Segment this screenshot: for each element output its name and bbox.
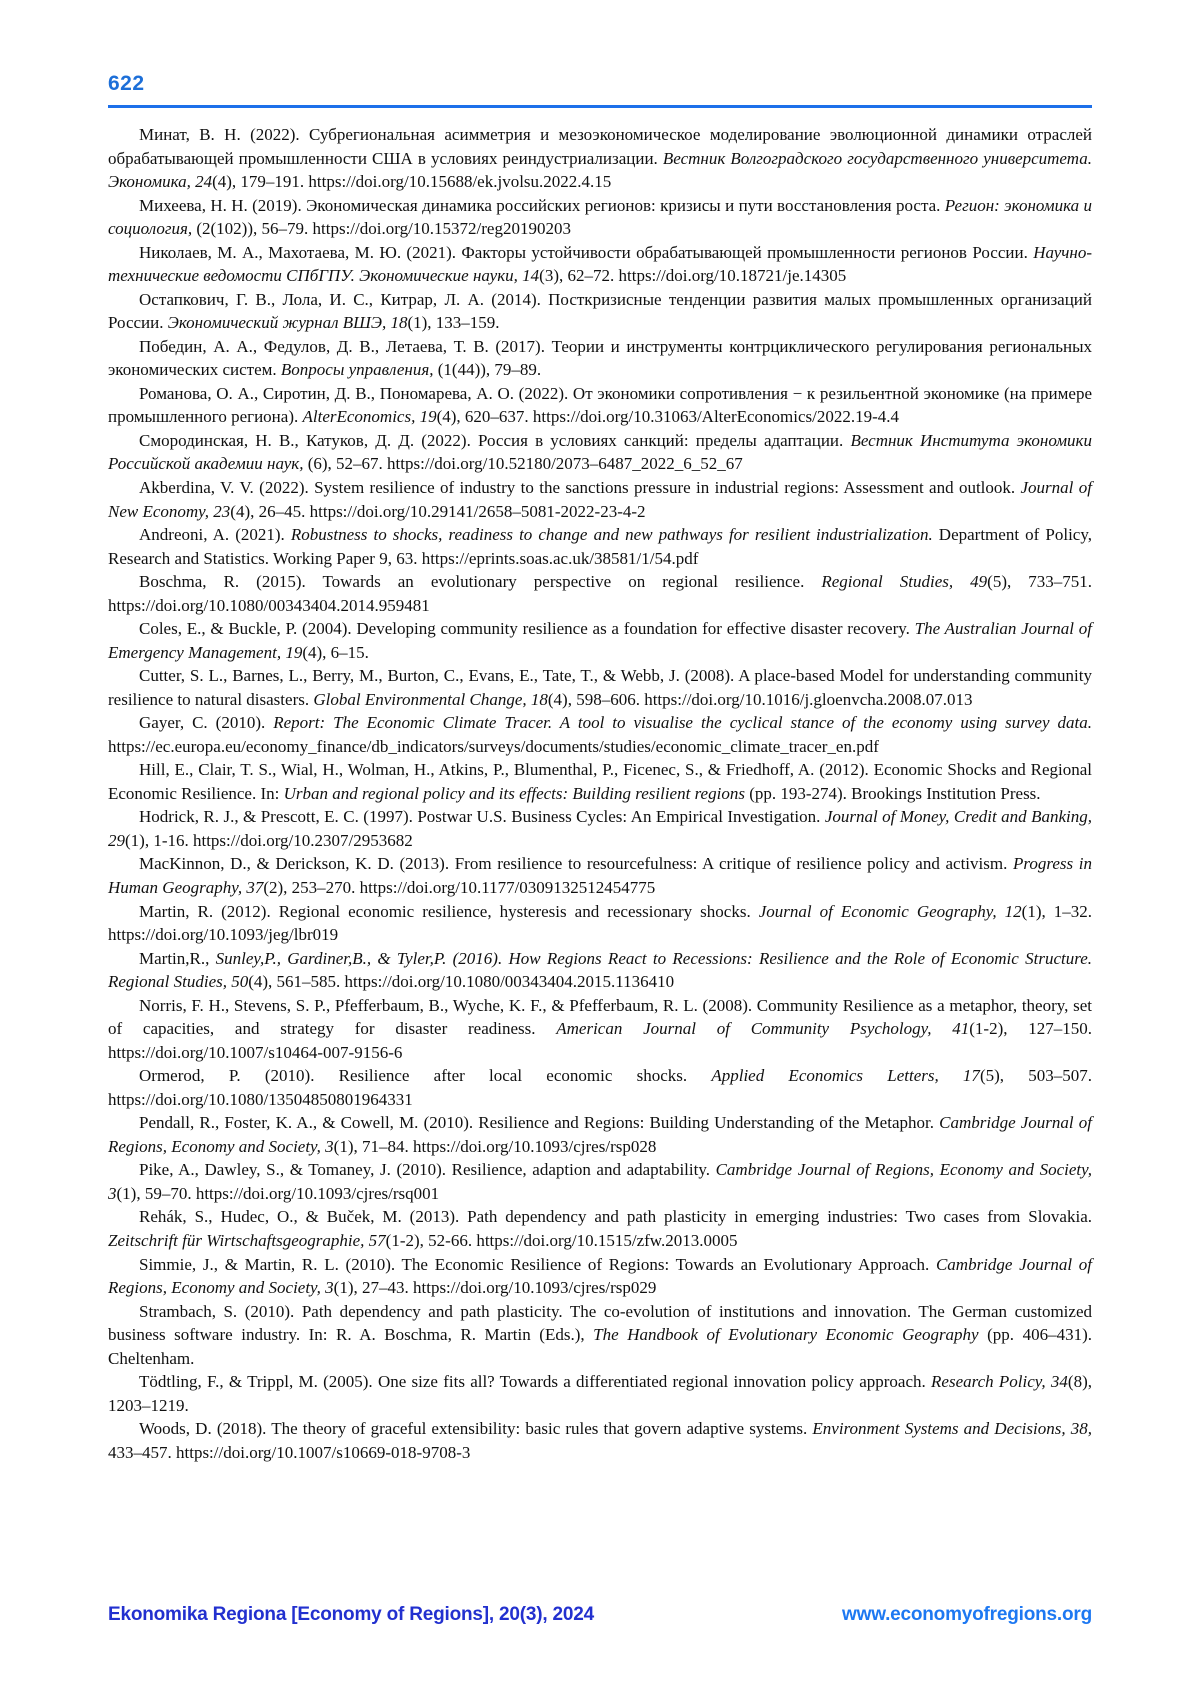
reference-text: Hodrick, R. J., & Prescott, E. C. (1997)… [139, 807, 825, 826]
reference-journal-italic: Applied Economics Letters, 17 [711, 1066, 980, 1085]
reference-text: Rehák, S., Hudec, O., & Buček, M. (2013)… [139, 1207, 1092, 1226]
reference-item: Simmie, J., & Martin, R. L. (2010). The … [108, 1253, 1092, 1300]
reference-journal-italic: Journal of Economic Geography, 12 [759, 902, 1022, 921]
reference-journal-italic: Robustness to shocks, readiness to chang… [291, 525, 933, 544]
reference-item: Martin, R. (2012). Regional economic res… [108, 900, 1092, 947]
reference-text: (4), 179–191. https://doi.org/10.15688/e… [212, 172, 611, 191]
reference-text: (1-2), 52-66. https://doi.org/10.1515/zf… [386, 1231, 738, 1250]
reference-item: Martin,R., Sunley,P., Gardiner,B., & Tyl… [108, 947, 1092, 994]
page-header: 622 [0, 0, 1200, 108]
journal-page: 622 Минат, В. Н. (2022). Субрегиональная… [0, 0, 1200, 1699]
page-footer: Ekonomika Regiona [Economy of Regions], … [108, 1604, 1092, 1626]
reference-item: Михеева, Н. Н. (2019). Экономическая дин… [108, 194, 1092, 241]
reference-text: Coles, E., & Buckle, P. (2004). Developi… [139, 619, 915, 638]
reference-item: Woods, D. (2018). The theory of graceful… [108, 1417, 1092, 1464]
reference-text: (4), 561–585. https://doi.org/10.1080/00… [248, 972, 674, 991]
reference-journal-italic: Zeitschrift für Wirtschaftsgeographie, 5… [108, 1231, 386, 1250]
reference-text: (1), 71–84. https://doi.org/10.1093/cjre… [334, 1137, 657, 1156]
reference-item: Николаев, М. А., Махотаева, М. Ю. (2021)… [108, 241, 1092, 288]
reference-item: Tödtling, F., & Trippl, M. (2005). One s… [108, 1370, 1092, 1417]
reference-text: (4), 26–45. https://doi.org/10.29141/265… [230, 502, 645, 521]
page-number: 622 [108, 72, 1092, 96]
footer-website-link[interactable]: www.economyofregions.org [842, 1604, 1092, 1626]
reference-text: Akberdina, V. V. (2022). System resilien… [139, 478, 1021, 497]
reference-text: (1), 133–159. [407, 313, 499, 332]
reference-item: Ormerod, P. (2010). Resilience after loc… [108, 1064, 1092, 1111]
header-rule [108, 105, 1092, 108]
reference-item: Романова, О. А., Сиротин, Д. В., Пономар… [108, 382, 1092, 429]
reference-item: Gayer, C. (2010). Report: The Economic C… [108, 711, 1092, 758]
reference-text: Смородинская, Н. В., Катуков, Д. Д. (202… [139, 431, 850, 450]
reference-item: Pendall, R., Foster, K. A., & Cowell, M.… [108, 1111, 1092, 1158]
reference-item: Boschma, R. (2015). Towards an evolution… [108, 570, 1092, 617]
reference-journal-italic: Report: The Economic Climate Tracer. A t… [273, 713, 1092, 732]
reference-journal-italic: AlterEconomics, 19 [303, 407, 437, 426]
reference-journal-italic: American Journal of Community Psychology… [556, 1019, 969, 1038]
reference-item: Rehák, S., Hudec, O., & Buček, M. (2013)… [108, 1205, 1092, 1252]
reference-journal-italic: Вопросы управления, [281, 360, 434, 379]
footer-journal-title: Ekonomika Regiona [Economy of Regions], … [108, 1604, 594, 1626]
reference-item: Andreoni, A. (2021). Robustness to shock… [108, 523, 1092, 570]
reference-text: Simmie, J., & Martin, R. L. (2010). The … [139, 1255, 936, 1274]
reference-text: Martin, R. (2012). Regional economic res… [139, 902, 759, 921]
reference-item: Победин, А. А., Федулов, Д. В., Летаева,… [108, 335, 1092, 382]
reference-text: https://ec.europa.eu/economy_finance/db_… [108, 737, 879, 756]
reference-journal-italic: Environment Systems and Decisions, 38, [812, 1419, 1092, 1438]
reference-text: Woods, D. (2018). The theory of graceful… [139, 1419, 812, 1438]
reference-text: (4), 598–606. https://doi.org/10.1016/j.… [548, 690, 973, 709]
reference-journal-italic: Экономический журнал ВШЭ, 18 [168, 313, 408, 332]
reference-item: Минат, В. Н. (2022). Субрегиональная аси… [108, 123, 1092, 194]
reference-journal-italic: Urban and regional policy and its effect… [284, 784, 745, 803]
reference-text: Pike, A., Dawley, S., & Tomaney, J. (201… [139, 1160, 716, 1179]
reference-text: (1), 1-16. https://doi.org/10.2307/29536… [125, 831, 413, 850]
reference-text: (6), 52–67. https://doi.org/10.52180/207… [303, 454, 742, 473]
reference-text: (4), 6–15. [302, 643, 369, 662]
reference-item: Pike, A., Dawley, S., & Tomaney, J. (201… [108, 1158, 1092, 1205]
reference-text: Pendall, R., Foster, K. A., & Cowell, M.… [139, 1113, 939, 1132]
reference-item: Strambach, S. (2010). Path dependency an… [108, 1300, 1092, 1371]
reference-text: 433–457. https://doi.org/10.1007/s10669-… [108, 1443, 470, 1462]
reference-text: (2(102)), 56–79. https://doi.org/10.1537… [192, 219, 571, 238]
reference-text: (3), 62–72. https://doi.org/10.18721/je.… [539, 266, 846, 285]
reference-text: Gayer, C. (2010). [139, 713, 273, 732]
reference-text: (pp. 193-274). Brookings Institution Pre… [745, 784, 1041, 803]
reference-journal-italic: Research Policy, 34 [931, 1372, 1068, 1391]
reference-text: (1), 27–43. https://doi.org/10.1093/cjre… [334, 1278, 657, 1297]
reference-item: Norris, F. H., Stevens, S. P., Pfefferba… [108, 994, 1092, 1065]
reference-text: (4), 620–637. https://doi.org/10.31063/A… [437, 407, 899, 426]
reference-text: Boschma, R. (2015). Towards an evolution… [139, 572, 821, 591]
reference-text: Tödtling, F., & Trippl, M. (2005). One s… [139, 1372, 931, 1391]
reference-item: Остапкович, Г. В., Лола, И. С., Китрар, … [108, 288, 1092, 335]
reference-text: Михеева, Н. Н. (2019). Экономическая дин… [139, 196, 945, 215]
references-list: Минат, В. Н. (2022). Субрегиональная аси… [108, 123, 1092, 1464]
reference-item: Hodrick, R. J., & Prescott, E. C. (1997)… [108, 805, 1092, 852]
reference-item: MacKinnon, D., & Derickson, K. D. (2013)… [108, 852, 1092, 899]
reference-journal-italic: Global Environmental Change, 18 [313, 690, 548, 709]
reference-item: Hill, E., Clair, T. S., Wial, H., Wolman… [108, 758, 1092, 805]
reference-text: Николаев, М. А., Махотаева, М. Ю. (2021)… [139, 243, 1033, 262]
reference-text: Andreoni, A. (2021). [139, 525, 291, 544]
reference-item: Akberdina, V. V. (2022). System resilien… [108, 476, 1092, 523]
reference-text: MacKinnon, D., & Derickson, K. D. (2013)… [139, 854, 1013, 873]
reference-item: Coles, E., & Buckle, P. (2004). Developi… [108, 617, 1092, 664]
reference-item: Cutter, S. L., Barnes, L., Berry, M., Bu… [108, 664, 1092, 711]
reference-text: (2), 253–270. https://doi.org/10.1177/03… [263, 878, 655, 897]
reference-item: Смородинская, Н. В., Катуков, Д. Д. (202… [108, 429, 1092, 476]
reference-text: (1(44)), 79–89. [434, 360, 542, 379]
reference-text: Martin,R., [139, 949, 216, 968]
reference-text: Ormerod, P. (2010). Resilience after loc… [139, 1066, 711, 1085]
reference-text: (1), 59–70. https://doi.org/10.1093/cjre… [117, 1184, 440, 1203]
reference-text: Победин, А. А., Федулов, Д. В., Летаева,… [108, 337, 1092, 380]
reference-journal-italic: The Handbook of Evolutionary Economic Ge… [593, 1325, 978, 1344]
reference-journal-italic: Regional Studies, 49 [821, 572, 987, 591]
